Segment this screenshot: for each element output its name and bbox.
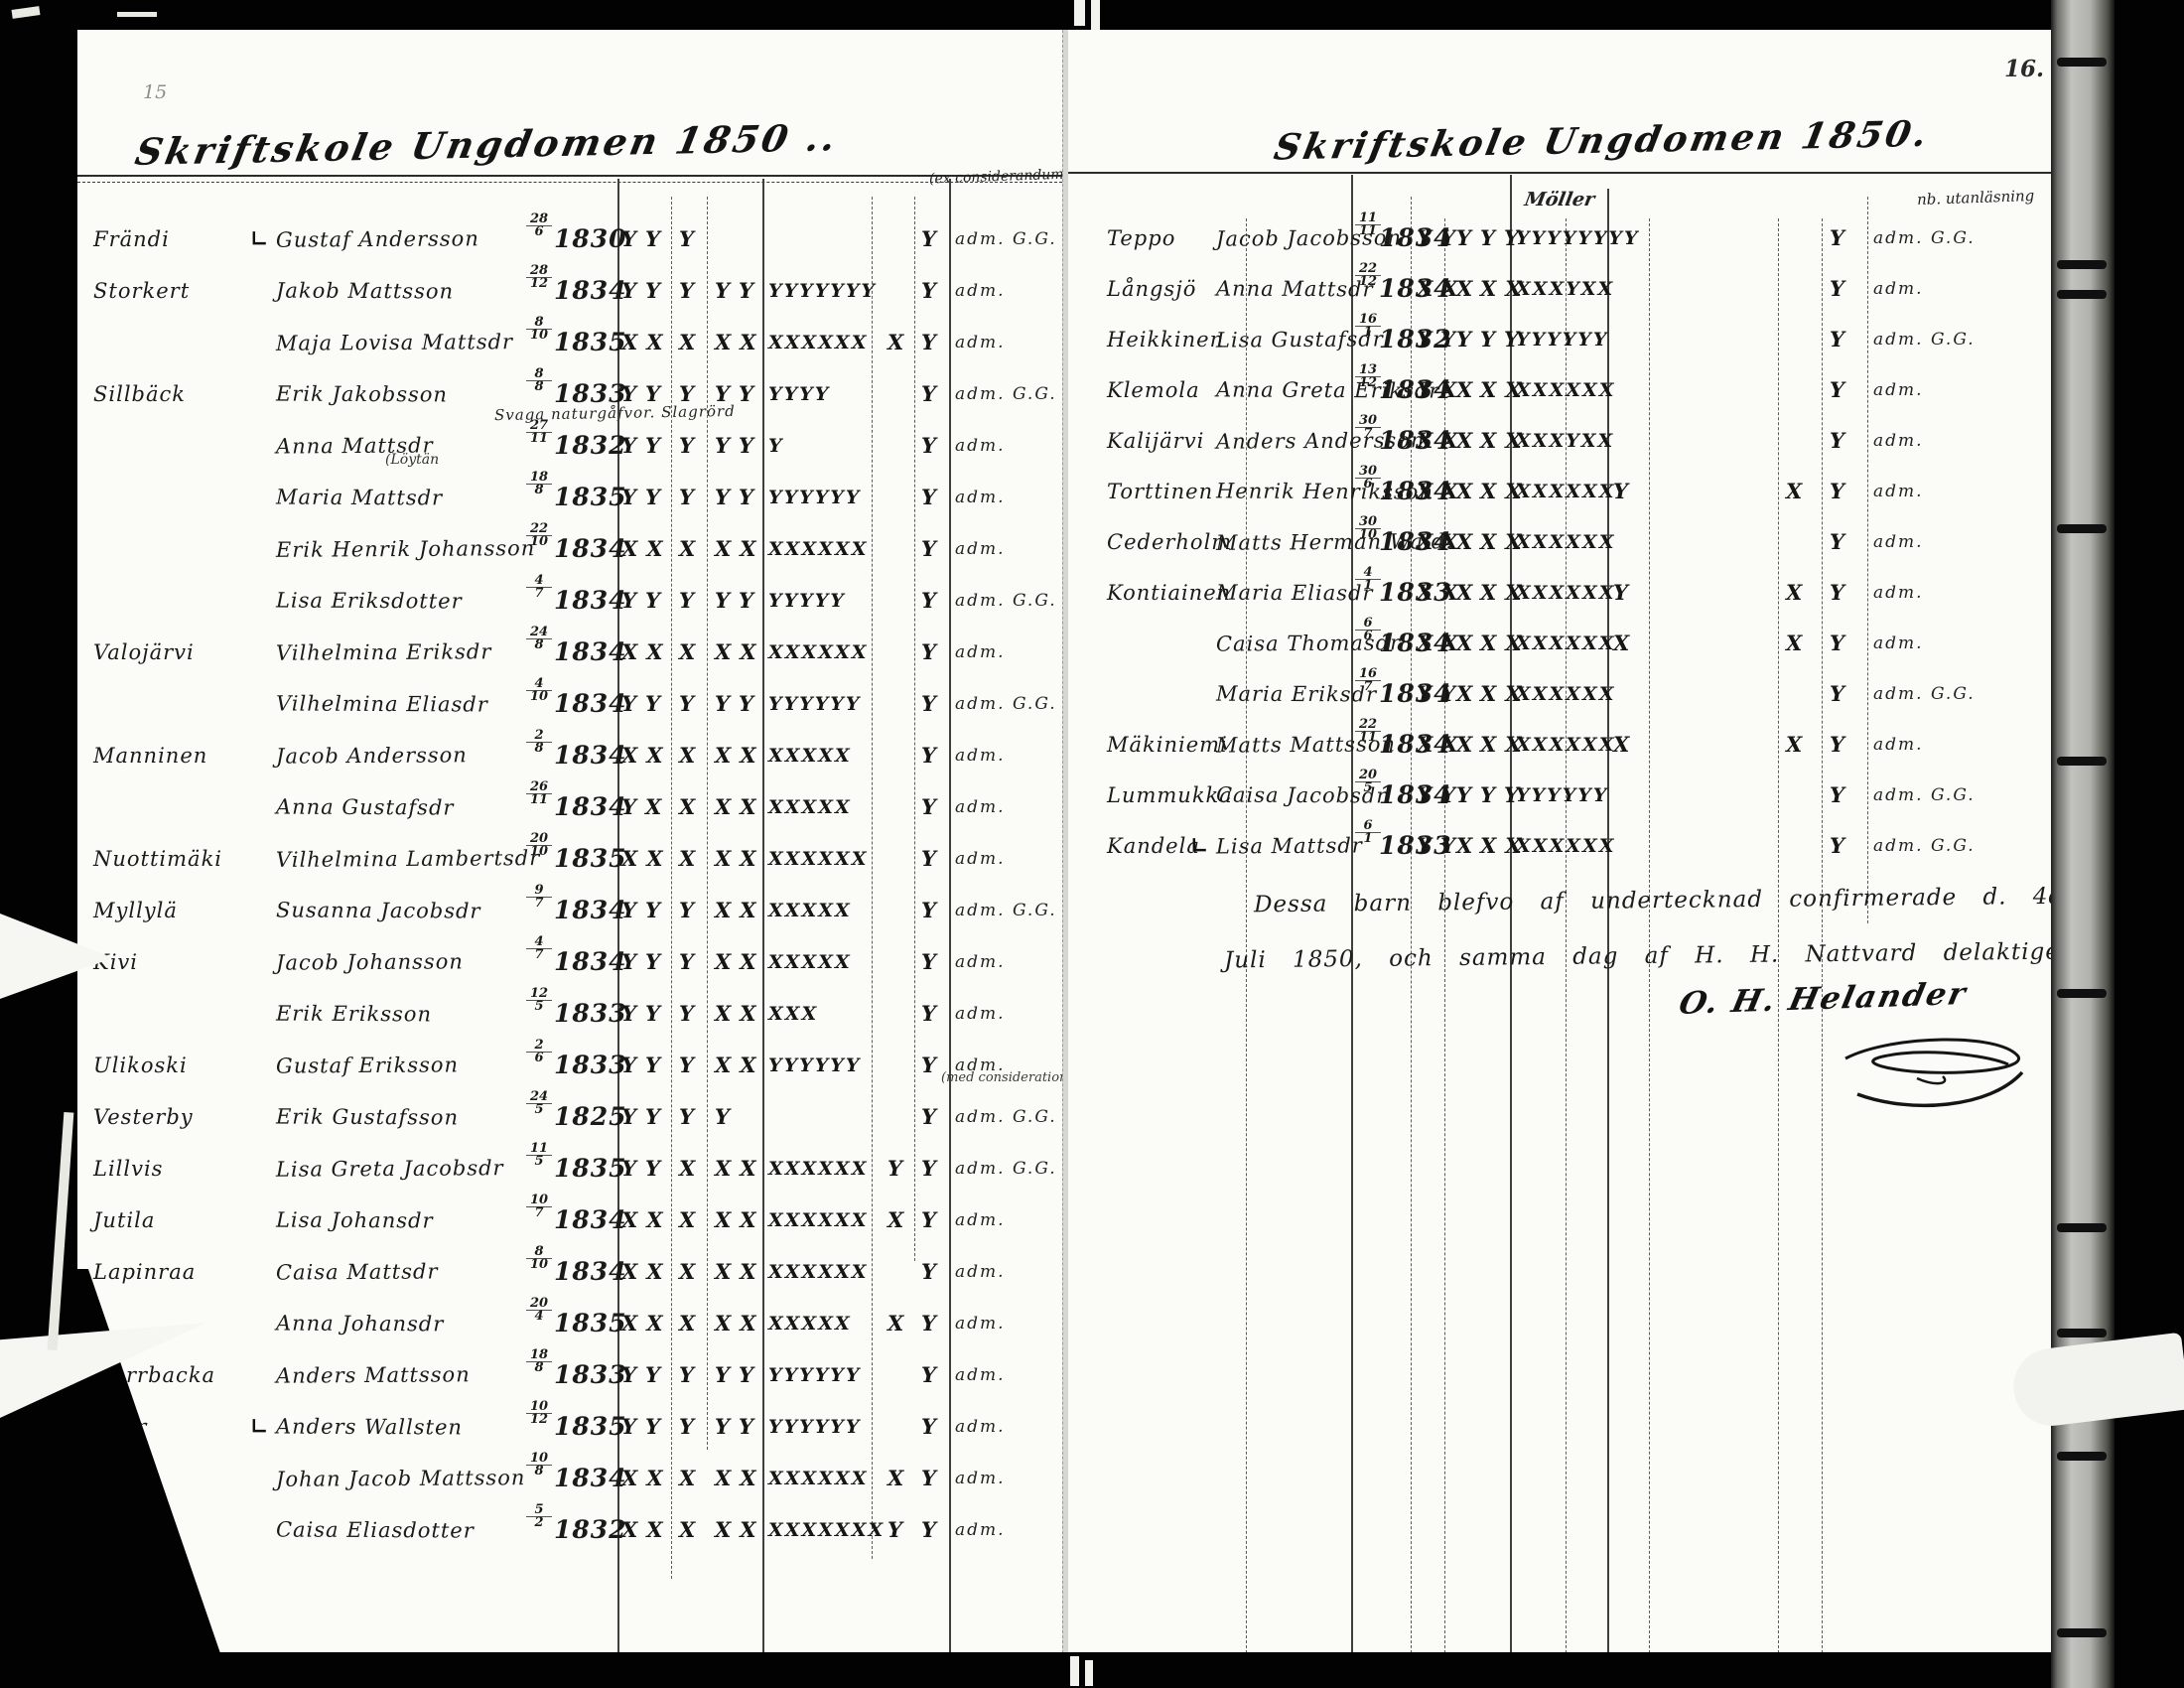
marks-group-3: XX <box>715 527 765 571</box>
marks-run: XXXXX <box>768 734 852 777</box>
marks-run: YYYYY <box>768 579 846 623</box>
marks-group-2: X <box>1456 520 1472 564</box>
birthdate-fraction: 161 <box>1355 314 1381 357</box>
place-cell: Lummukka <box>1107 774 1233 817</box>
final-mark: Y <box>921 734 936 777</box>
place-cell: Nuottimäki <box>93 837 222 881</box>
marks-group-1: XX <box>621 527 672 571</box>
extra-mark-1: X <box>1613 622 1629 665</box>
table-row: KlemolaAnna Greta Eriksdr13121834YXXXXXX… <box>1067 368 2051 412</box>
marks-group-2: X <box>679 1250 695 1294</box>
marks-group-1: XX <box>621 1250 672 1294</box>
marks-group-2: Y <box>1456 774 1471 817</box>
extra-mark-1: X <box>887 1198 903 1242</box>
marks-group-2: X <box>1456 571 1472 615</box>
final-mark: Y <box>1830 672 1844 716</box>
marks-run: XXXXXX <box>768 1250 868 1294</box>
birthdate-fraction: 2611 <box>526 781 552 825</box>
stitch-mark <box>2057 290 2107 299</box>
table-row: CederholmMatts Herman Wald.30101834XXXXX… <box>1067 520 2051 564</box>
marks-group-2: Y <box>679 1405 694 1449</box>
admission-note: adm. <box>955 527 1006 571</box>
place-cell: Heikkinen <box>1107 318 1224 361</box>
admission-note: adm. <box>955 785 1006 829</box>
marks-group-1: YY <box>621 940 669 984</box>
marks-group-3: XX <box>715 992 765 1036</box>
bracket-mark: ∟ <box>250 217 268 261</box>
final-mark: Y <box>921 940 936 984</box>
marks-group-2: Y <box>679 1044 694 1087</box>
stitch-mark <box>2057 1329 2107 1337</box>
birthdate-fraction: 47 <box>526 575 552 619</box>
final-mark: Y <box>1830 622 1844 665</box>
marks-group-1: YY <box>621 682 669 726</box>
marks-run: YYYYYY <box>768 1405 861 1449</box>
birth-year-cell: 1835 <box>554 1405 627 1449</box>
marks-group-3: YY <box>715 579 762 623</box>
birth-year-cell: 1825 <box>554 1095 627 1139</box>
birthdate-fraction: 115 <box>526 1143 552 1187</box>
birthdate-fraction: 1111 <box>1355 212 1381 256</box>
table-row: Maja Lovisa Mattsdr8101835XXXXXXXXXXXXYa… <box>77 321 1062 364</box>
final-mark: Y <box>921 1405 936 1449</box>
admission-note: adm. G.G. <box>955 889 1057 932</box>
birth-year-cell: 1834 <box>554 940 627 984</box>
marks-group-2: X <box>1456 267 1472 311</box>
marks-run: YYYY <box>768 372 830 416</box>
marks-group-3: XX <box>715 734 765 777</box>
table-row: Maria Eriksdr1671834YYXXXXXXXXXYadm. G.G… <box>1067 672 2051 716</box>
table-row: LillvisLisa Greta Jacobsdr1151835YYXXXXX… <box>77 1147 1062 1191</box>
page-number-left: 15 <box>143 81 167 103</box>
marks-group-2: X <box>1456 824 1472 868</box>
final-mark: Y <box>921 1198 936 1242</box>
marks-run: XXXYXX <box>1516 267 1614 311</box>
signature: O. H. Helander <box>1676 976 1971 1022</box>
birth-year-cell: 1835 <box>554 1147 627 1191</box>
header-rule-left <box>77 175 1062 183</box>
place-cell: Kalijärvi <box>1107 419 1204 463</box>
name-cell: Jacob Andersson <box>276 733 468 777</box>
final-mark: Y <box>921 992 936 1036</box>
marks-group-3: XX <box>715 1044 765 1087</box>
name-cell: Erik Henrik Johansson <box>276 526 536 572</box>
birthdate-fraction: 125 <box>526 988 552 1032</box>
birth-year-cell: 1834 <box>554 889 627 932</box>
marks-group-1: XX <box>621 1508 672 1552</box>
birthdate-fraction: 307 <box>1355 415 1381 459</box>
marks-group-2: X <box>679 837 695 881</box>
name-cell: Gustaf Eriksson <box>276 1043 459 1087</box>
marks-run: XXXXXX <box>768 321 868 364</box>
final-mark: Y <box>921 1147 936 1191</box>
final-mark: Y <box>921 1095 936 1139</box>
stitch-mark <box>2057 1452 2107 1461</box>
final-mark: Y <box>921 1044 936 1087</box>
final-mark: Y <box>1830 571 1844 615</box>
birth-year-cell: 1833 <box>554 992 627 1036</box>
birthdate-fraction: 52 <box>526 1504 552 1548</box>
table-row: BäckiCaisa Eliasdotter521832XXXXXXXXXXXX… <box>77 1508 1062 1552</box>
marks-group-3: XX <box>715 940 765 984</box>
marks-group-2: X <box>679 1302 695 1345</box>
place-cell: Frändi <box>93 217 170 261</box>
birthdate-fraction: 2211 <box>1355 719 1381 763</box>
stitch-mark <box>2057 58 2107 67</box>
marks-group-3: XX <box>715 631 765 674</box>
admission-note: adm. <box>955 940 1006 984</box>
birthdate-fraction: 410 <box>526 678 552 722</box>
final-mark: Y <box>1830 723 1844 767</box>
birth-year-cell: 1833 <box>554 372 627 416</box>
table-row: Erik Henrik Johansson22101834XXXXXXXXXXX… <box>77 527 1062 571</box>
marks-run: XXXXXXX <box>768 1508 885 1552</box>
left-page: 15 Skriftskole Ungdomen 1850 .. (ex cons… <box>77 30 1062 1688</box>
name-cell: Vilhelmina Lambertsdr <box>276 836 541 882</box>
extra-mark-1: X <box>887 321 903 364</box>
admission-note: adm. <box>1873 470 1924 513</box>
birthdate-fraction: 2711 <box>526 420 552 464</box>
marks-group-3: XX <box>715 1457 765 1500</box>
table-row: Anna Mattsdr(Löytän27111832YYYYYYYadm. <box>77 424 1062 468</box>
marks-group-2: X <box>679 734 695 777</box>
marks-group-1: YY <box>621 1147 669 1191</box>
final-mark: Y <box>921 217 936 261</box>
marks-group-3: XX <box>715 785 765 829</box>
table-row: Maria Mattsdr1881835YYYYYYYYYYYYadm. <box>77 476 1062 519</box>
birthdate-fraction: 2010 <box>526 833 552 877</box>
marks-group-3: Y <box>715 1095 739 1139</box>
birth-year-cell: 1835 <box>554 321 627 364</box>
final-mark: Y <box>921 1302 936 1345</box>
table-row: Vilhelmina Eliasdr4101834YYYYYYYYYYYYadm… <box>77 682 1062 726</box>
name-cell: Susanna Jacobsdr <box>276 888 481 932</box>
marks-group-1: XX <box>621 734 672 777</box>
birthdate-fraction: 2812 <box>526 265 552 309</box>
extra-mark-1: Y <box>887 1147 902 1191</box>
signature-flourish <box>1832 1021 2030 1112</box>
place-cell: Ulikoski <box>93 1044 188 1087</box>
right-page-title: Skriftskole Ungdomen 1850. <box>1271 117 1717 168</box>
marks-group-2: X <box>679 1508 695 1552</box>
place-cell: Valojärvi <box>93 631 195 674</box>
place-cell: Mäkiniemi <box>1107 723 1228 767</box>
marks-group-3: YY <box>715 269 762 313</box>
marks-run: XXXXXX <box>1516 622 1615 665</box>
stitch-mark <box>2057 524 2107 533</box>
admission-note: adm. <box>955 631 1006 674</box>
name-cell: Anna Mattsdr <box>1216 267 1374 312</box>
extra-mark-1: Y <box>1613 470 1628 513</box>
marks-run: XXX <box>768 992 818 1036</box>
place-cell: Lillvis <box>93 1147 163 1191</box>
birth-year-cell: 1834 <box>554 1457 627 1500</box>
marks-run: XXXXXX <box>1516 571 1615 615</box>
film-frame-mark <box>1074 0 1085 26</box>
marks-run: XXXXX <box>768 940 852 984</box>
name-cell: Anna Johansdr <box>276 1302 445 1346</box>
admission-note: adm. <box>1873 723 1924 767</box>
place-cell: Klemola <box>1107 368 1200 412</box>
final-mark: Y <box>921 1508 936 1552</box>
marks-group-1: XX <box>621 631 672 674</box>
final-mark: Y <box>921 579 936 623</box>
final-mark: Y <box>1830 470 1844 513</box>
final-mark: Y <box>921 837 936 881</box>
extra-mark-2: X <box>1786 723 1802 767</box>
name-cell: Caisa Eliasdotter <box>276 1507 475 1552</box>
final-mark: Y <box>921 476 936 519</box>
admission-note: adm. <box>955 1405 1006 1449</box>
microfilm-scan: 15 Skriftskole Ungdomen 1850 .. (ex cons… <box>0 0 2184 1688</box>
marks-group-2: X <box>679 321 695 364</box>
marks-group-2: X <box>679 785 695 829</box>
marks-group-2: Y <box>679 1095 694 1139</box>
marks-group-3: XX <box>715 1147 765 1191</box>
marks-group-3: YY <box>715 424 762 468</box>
marks-run: YYYYYY <box>768 1044 861 1087</box>
table-row: ValojärviVilhelmina Eriksdr2481834XXXXXX… <box>77 631 1062 674</box>
marks-run: XXXXXX <box>1516 723 1615 767</box>
final-mark: Y <box>1830 318 1844 361</box>
name-cell: Maria Mattsdr <box>276 476 443 520</box>
film-frame-mark <box>1070 1656 1079 1686</box>
marks-group-2: Y <box>679 476 694 519</box>
marks-run: XXXXXX <box>768 837 868 881</box>
final-mark: Y <box>1830 368 1844 412</box>
name-subnote: (Löytän <box>385 451 439 469</box>
marks-run: YYYYYY <box>1516 774 1608 817</box>
marks-group-3: XX <box>715 1198 765 1242</box>
marks-group-2: Y <box>679 889 694 932</box>
birth-year-cell: 1833 <box>554 1353 627 1397</box>
marks-group-2: X <box>679 1147 695 1191</box>
admission-note: adm. <box>955 837 1006 881</box>
admission-note: adm. <box>955 1250 1006 1294</box>
table-row: MyllyläSusanna Jacobsdr971834YYYXXXXXXXY… <box>77 889 1062 932</box>
admission-note: adm. G.G. <box>955 1095 1057 1139</box>
extra-mark-2: X <box>1786 571 1802 615</box>
marks-group-2: X <box>1456 470 1472 513</box>
admission-note: adm. G.G. <box>955 682 1057 726</box>
admission-note: adm. <box>1873 520 1924 564</box>
film-frame-mark <box>1091 0 1100 30</box>
place-cell: Myllylä <box>93 889 178 932</box>
birthdate-fraction: 204 <box>526 1298 552 1341</box>
table-row: SillbäckErik Jakobsson881833YYYYYYYYYYad… <box>77 372 1062 416</box>
marks-group-1: YY <box>621 217 669 261</box>
marks-group-2: X <box>1456 672 1472 716</box>
film-edge-left <box>0 0 77 1688</box>
final-mark: Y <box>921 631 936 674</box>
place-cell: Storkert <box>93 269 190 313</box>
final-mark: Y <box>921 785 936 829</box>
marks-group-2: X <box>679 527 695 571</box>
birth-year-cell: 1834 <box>554 1250 627 1294</box>
admission-note: adm. <box>955 992 1006 1036</box>
birthdate-fraction: 205 <box>1355 770 1381 813</box>
admission-note: adm. G.G. <box>955 372 1057 416</box>
admission-note: adm. <box>1873 368 1924 412</box>
name-cell: Anders Mattsson <box>276 1352 471 1397</box>
final-mark: Y <box>1830 267 1844 311</box>
page-number-right: 16. <box>2004 56 2044 82</box>
final-mark: Y <box>921 1457 936 1500</box>
marks-group-2: X <box>1456 368 1472 412</box>
birth-year-cell: 1834 <box>554 579 627 623</box>
marks-group-2: Y <box>679 372 694 416</box>
table-row: StorkertJakob Mattsson28121834YYYYYYYYYY… <box>77 269 1062 313</box>
table-row: Lisa Eriksdotter471834YYYYYYYYYYYadm. G.… <box>77 579 1062 623</box>
marks-run: XXXXXX <box>768 527 868 571</box>
name-cell: Vilhelmina Eriksdr <box>276 630 492 675</box>
marks-group-3: YY <box>715 682 762 726</box>
table-row: HeikkinenLisa Gustafsdr1611832YYYYYYYYYY… <box>1067 318 2051 361</box>
place-cell: Sillbäck <box>93 372 186 416</box>
stitch-mark <box>2057 1223 2107 1232</box>
marks-run: XXXXXX <box>768 1198 868 1242</box>
birthdate-fraction: 810 <box>526 317 552 360</box>
birth-year-cell: 1832 <box>554 1508 627 1552</box>
birth-year-cell: 1834 <box>554 269 627 313</box>
marks-group-3: XX <box>715 837 765 881</box>
table-row: LångsjöAnna Mattsdr22121834XXXXXXXXYXXYa… <box>1067 267 2051 311</box>
marks-run: YYYYYY <box>768 476 861 519</box>
name-cell: Lisa Eriksdotter <box>276 579 463 624</box>
marks-group-2: X <box>1456 622 1472 665</box>
birthdate-fraction: 286 <box>526 213 552 257</box>
birth-year-cell: 1833 <box>554 1044 627 1087</box>
extra-mark-2: X <box>1786 470 1802 513</box>
table-row: TorttinenHenrik Henriksson3061834XXXXXXX… <box>1067 470 2051 513</box>
marks-group-3: YY <box>715 372 762 416</box>
marks-group-1: YY <box>621 424 669 468</box>
admission-note: adm. G.G. <box>955 579 1057 623</box>
marks-group-1: XX <box>621 1198 672 1242</box>
marks-group-1: XX <box>621 321 672 364</box>
marks-run: XXXXX <box>768 785 852 829</box>
film-edge-right <box>2115 0 2184 1688</box>
table-row: MäkiniemiMatts Mattsson22111834XXXXXXXXX… <box>1067 723 2051 767</box>
final-mark: Y <box>921 527 936 571</box>
marks-group-1: YX <box>621 785 670 829</box>
marks-run: XXXYXX <box>1516 419 1614 463</box>
place-cell: Lapinraa <box>93 1250 196 1294</box>
place-cell: Kontiainen <box>1107 571 1231 615</box>
marks-run: Y <box>768 424 784 468</box>
birthdate-fraction: 3010 <box>1355 516 1381 560</box>
marks-group-1: YY <box>621 476 669 519</box>
marks-group-2: Y <box>679 217 694 261</box>
table-row: TeppoJacob Jacobsson11111834YYYYYYYYYYYY… <box>1067 216 2051 260</box>
marks-group-3: YY <box>715 1405 762 1449</box>
name-cell: Lisa Johansdr <box>276 1198 434 1243</box>
name-cell: Maria Eriksdr <box>1216 672 1377 717</box>
marks-column-header: Möller <box>1498 189 1621 211</box>
birthdate-fraction: 248 <box>526 627 552 670</box>
stitch-mark <box>2057 1628 2107 1637</box>
birthdate-fraction: 41 <box>1355 567 1381 611</box>
marks-run: XXXXXX <box>1516 672 1615 716</box>
marks-group-2: X <box>679 1198 695 1242</box>
admission-note: adm. G.G. <box>1873 216 1976 260</box>
name-cell: Jacob Johansson <box>276 939 464 984</box>
marks-group-2: Y <box>679 940 694 984</box>
marks-group-2: Y <box>1456 318 1471 361</box>
marks-group-1: XX <box>621 1302 672 1345</box>
birthdate-fraction: 88 <box>526 368 552 412</box>
extra-mark-1: Y <box>887 1508 902 1552</box>
birth-year-cell: 1834 <box>554 734 627 777</box>
marks-run: XXXXX <box>768 1302 852 1345</box>
marks-run: XXXXXX <box>768 1457 868 1500</box>
marks-group-2: X <box>679 1457 695 1500</box>
admission-note: adm. G.G. <box>1873 774 1976 817</box>
birthdate-fraction: 61 <box>1355 820 1381 864</box>
admission-note: adm. <box>955 424 1006 468</box>
table-row: Kandela∟Lisa Mattsdr611833YYXXXXXXXXXYad… <box>1067 824 2051 868</box>
place-cell: Torttinen <box>1107 470 1213 513</box>
birthdate-fraction: 66 <box>1355 618 1381 661</box>
admission-note: adm. <box>955 1508 1006 1552</box>
table-row: KiviJacob Johansson471834YYYXXXXXXXYadm. <box>77 940 1062 984</box>
marks-run: YYYYYYYY <box>1516 216 1640 260</box>
marks-run: XXXXXX <box>1516 520 1615 564</box>
name-cell: Erik Eriksson <box>276 992 432 1037</box>
left-page-title: Skriftskole Ungdomen 1850 .. <box>132 120 609 174</box>
name-cell: Lisa Mattsdr <box>1216 823 1363 868</box>
page-gutter <box>1062 30 1068 1688</box>
admission-note: adm. <box>955 1302 1006 1345</box>
table-row: BäckJohan Jacob Mattsson1081834XXXXXXXXX… <box>77 1457 1062 1500</box>
admission-note: adm. G.G. <box>1873 672 1976 716</box>
admission-note: adm. G.G. <box>1873 318 1976 361</box>
birthdate-fraction: 810 <box>526 1246 552 1290</box>
marks-group-2: Y <box>679 1353 694 1397</box>
name-cell: Vilhelmina Eliasdr <box>276 681 488 726</box>
admission-note: adm. <box>955 1457 1006 1500</box>
marks-group-2: Y <box>679 682 694 726</box>
marks-run: YYYYYY <box>768 682 861 726</box>
marks-group-3: XX <box>715 889 765 932</box>
birth-year-cell: 1834 <box>554 1198 627 1242</box>
closing-text-line1: Dessa barn blefvo af undertecknad confir… <box>1254 884 2079 918</box>
marks-group-1: YY <box>621 1095 669 1139</box>
marks-run: XXXXXX <box>1516 824 1615 868</box>
bracket-mark: ∟ <box>1190 824 1208 868</box>
marks-group-1: YY <box>621 1044 669 1087</box>
birthdate-fraction: 97 <box>526 885 552 928</box>
marks-group-2: Y <box>1456 216 1471 260</box>
table-row: KalijärviAnders Andersson3071834XXXXXXXX… <box>1067 419 2051 463</box>
stitch-mark <box>2057 757 2107 766</box>
header-rule-right <box>1067 172 2051 179</box>
marks-group-1: XX <box>621 1457 672 1500</box>
marks-group-1: YY <box>621 1405 669 1449</box>
birthdate-fraction: 2212 <box>1355 263 1381 307</box>
marks-run: XXXXXX <box>1516 368 1615 412</box>
birthdate-fraction: 28 <box>526 730 552 774</box>
stitch-mark <box>2057 989 2107 998</box>
birth-year-cell: 1834 <box>554 682 627 726</box>
birthdate-fraction: 306 <box>1355 466 1381 509</box>
birth-year-cell: 1835 <box>554 837 627 881</box>
admission-note: adm. <box>1873 419 1924 463</box>
name-cell: Johan Jacob Mattsson <box>276 1456 526 1501</box>
table-row: NuottimäkiVilhelmina Lambertsdr20101835X… <box>77 837 1062 881</box>
adm-column-header-right: nb. utanläsning <box>1917 187 2035 209</box>
admission-note: adm. <box>955 476 1006 519</box>
